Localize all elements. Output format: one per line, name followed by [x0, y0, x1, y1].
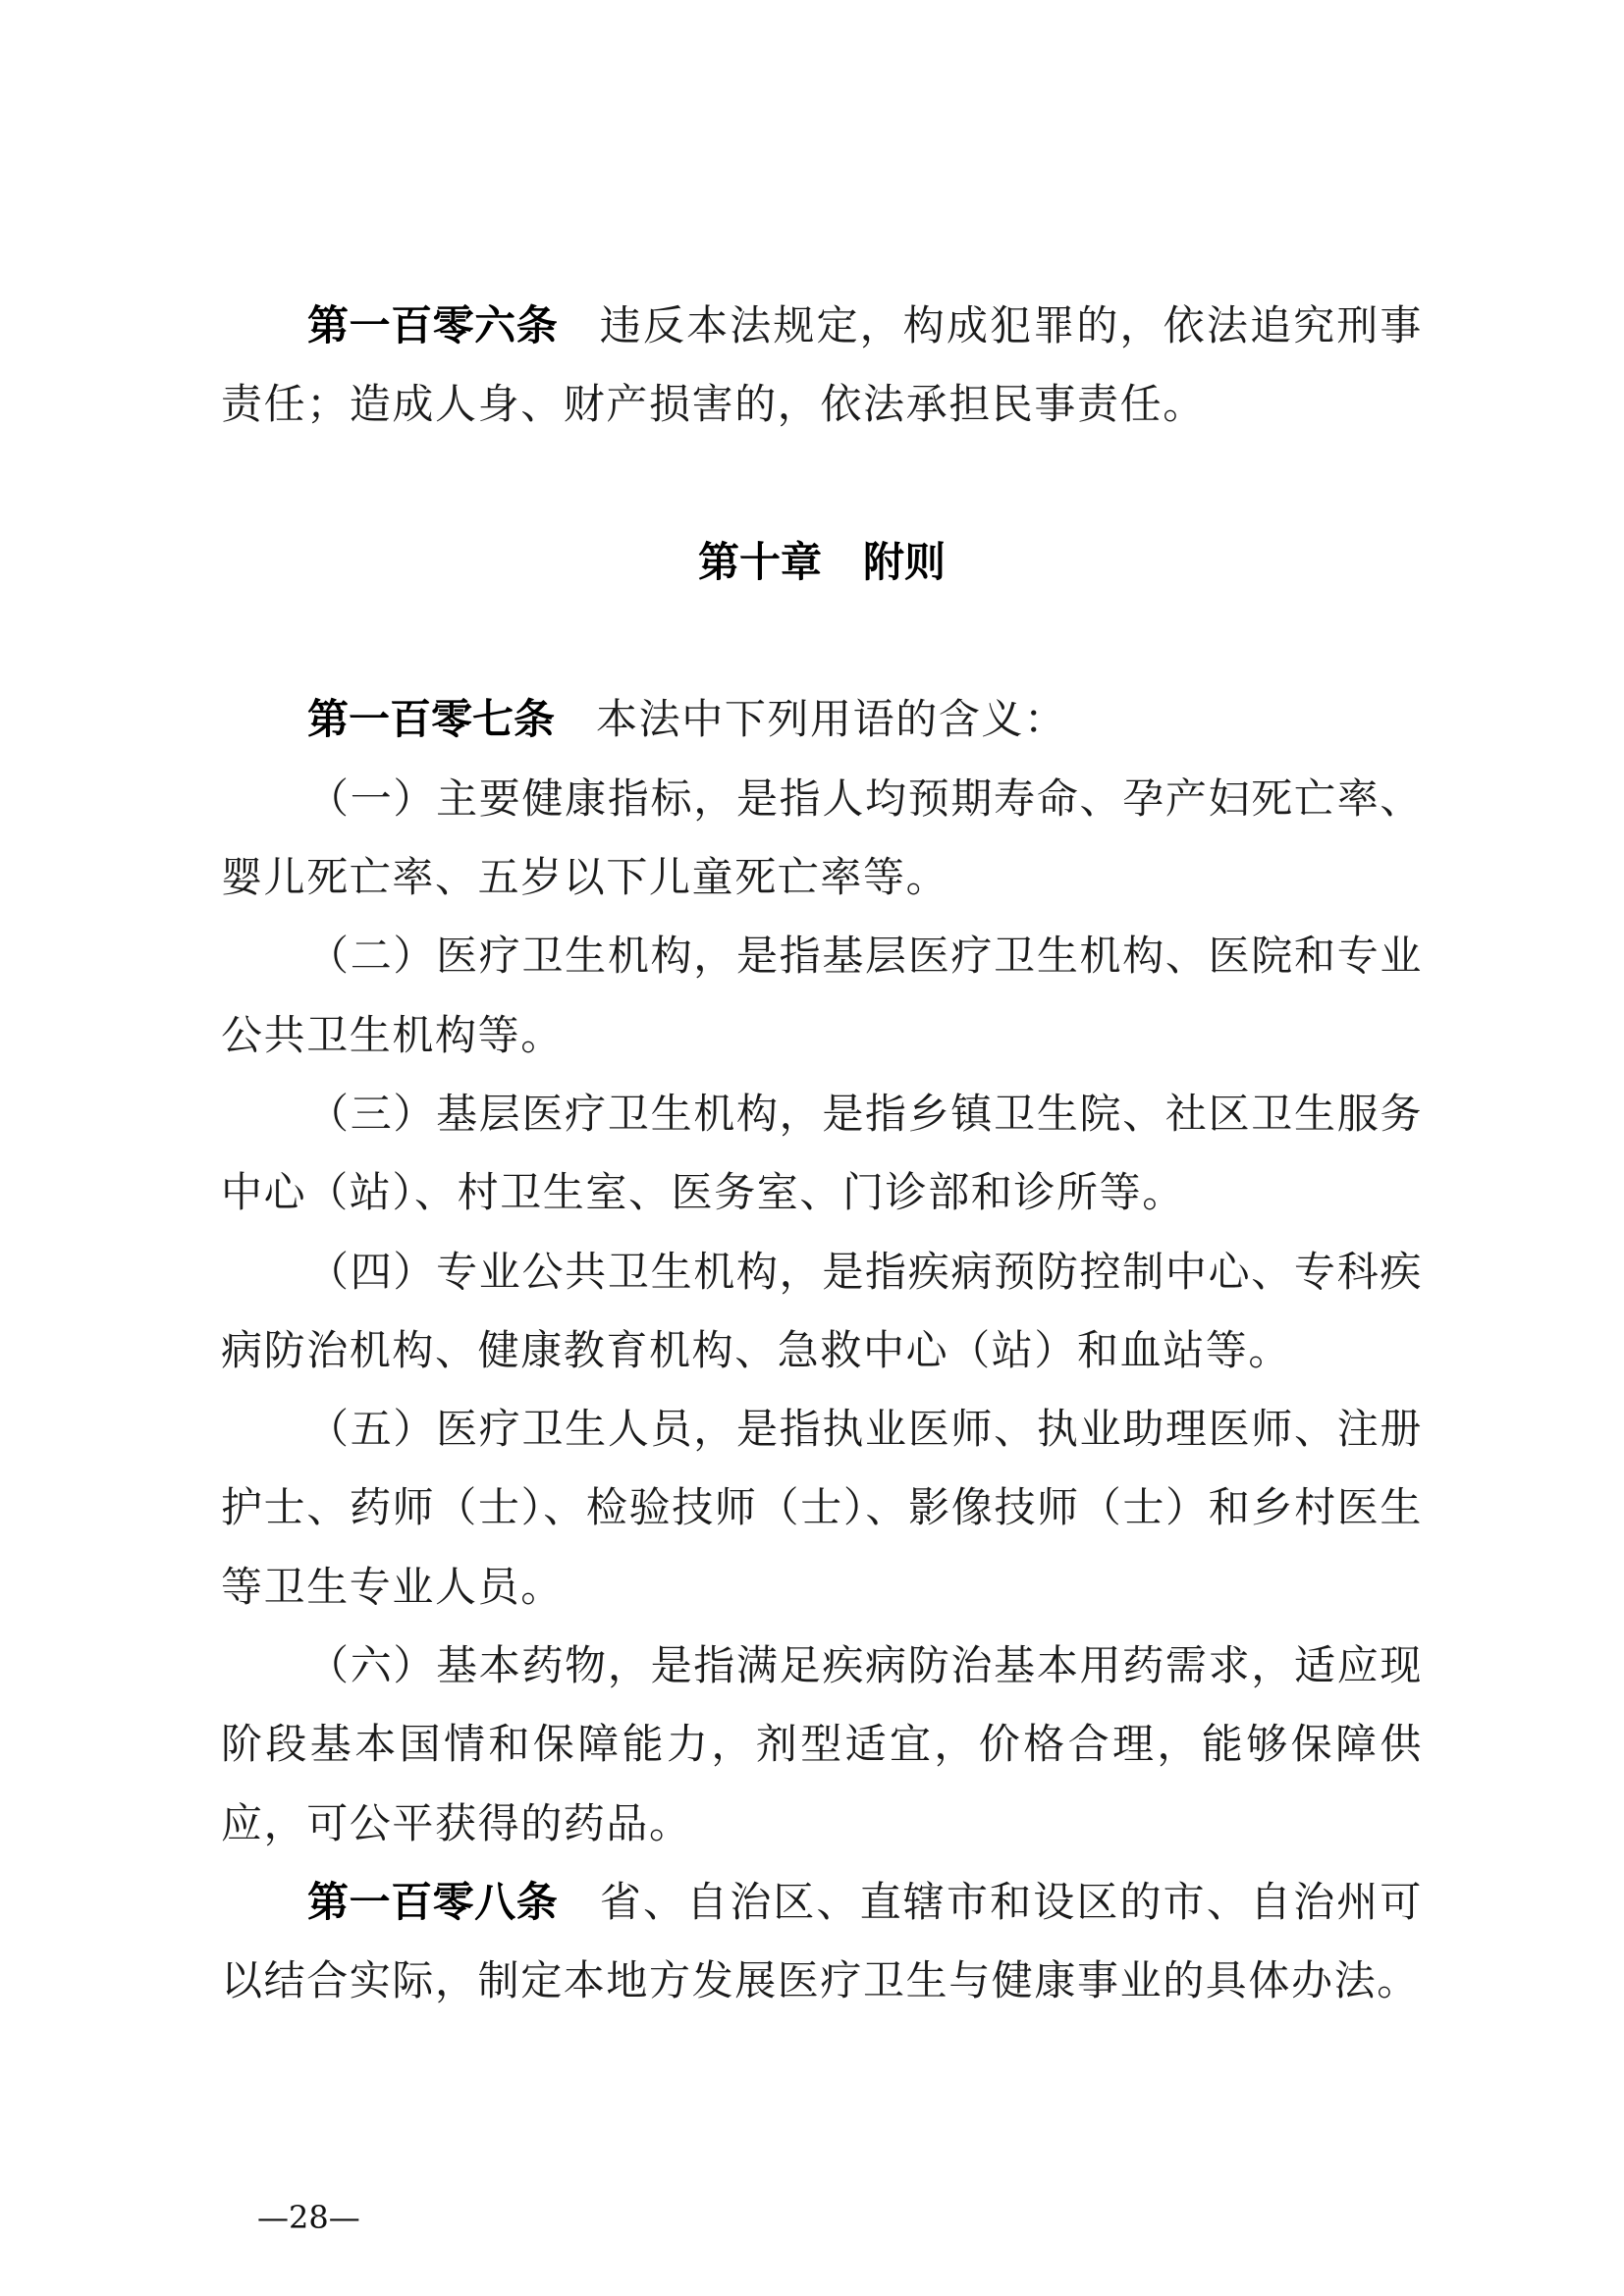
definition-item-4: （四）专业公共卫生机构，是指疾病预防控制中心、专科疾病防治机构、健康教育机构、急…: [221, 1233, 1423, 1391]
definition-item-5: （五）医疗卫生人员，是指执业医师、执业助理医师、注册护士、药师（士）、检验技师（…: [221, 1390, 1423, 1627]
page-number: —28—: [257, 2199, 360, 2236]
article-text: 本法中下列用语的含义：: [596, 695, 1067, 743]
chapter-number: 第十章: [698, 538, 822, 586]
spacer: [221, 445, 1423, 523]
definition-item-6: （六）基本药物，是指满足疾病防治基本用药需求，适应现阶段基本国情和保障能力，剂型…: [221, 1627, 1423, 1863]
chapter-heading: 第十章附则: [221, 523, 1423, 602]
spacer: [221, 602, 1423, 680]
definition-item-2: （二）医疗卫生机构，是指基层医疗卫生机构、医院和专业公共卫生机构等。: [221, 917, 1423, 1075]
article-106: 第一百零六条违反本法规定，构成犯罪的，依法追究刑事责任；造成人身、财产损害的，依…: [221, 287, 1423, 445]
article-107: 第一百零七条本法中下列用语的含义：: [221, 680, 1423, 759]
article-108: 第一百零八条省、自治区、直辖市和设区的市、自治州可以结合实际，制定本地方发展医疗…: [221, 1863, 1423, 2021]
article-number: 第一百零八条: [307, 1878, 558, 1926]
chapter-title: 附则: [863, 538, 946, 586]
document-page: 第一百零六条违反本法规定，构成犯罪的，依法追究刑事责任；造成人身、财产损害的，依…: [0, 0, 1624, 2296]
definition-item-1: （一）主要健康指标，是指人均预期寿命、孕产妇死亡率、婴儿死亡率、五岁以下儿童死亡…: [221, 760, 1423, 918]
definition-item-3: （三）基层医疗卫生机构，是指乡镇卫生院、社区卫生服务中心（站）、村卫生室、医务室…: [221, 1075, 1423, 1233]
article-number: 第一百零六条: [307, 301, 558, 349]
document-body: 第一百零六条违反本法规定，构成犯罪的，依法追究刑事责任；造成人身、财产损害的，依…: [221, 287, 1423, 2021]
article-number: 第一百零七条: [307, 695, 555, 743]
